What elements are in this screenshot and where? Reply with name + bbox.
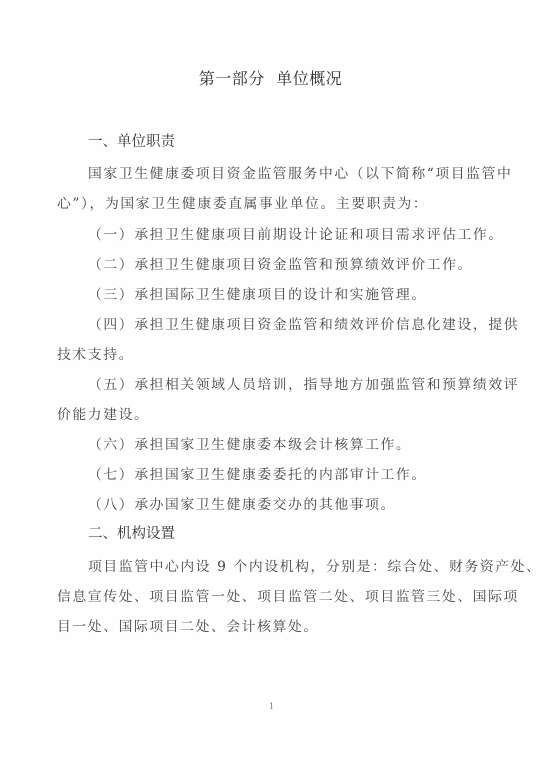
duty-item-5-cont: 价能力建设。: [57, 403, 149, 423]
page-number: 1: [269, 702, 274, 711]
duty-item-5: （五）承担相关领域人员培训，指导地方加强监管和预算绩效评: [88, 373, 519, 393]
section-heading-organization: 二、机构设置: [88, 522, 175, 543]
organization-line: 目一处、国际项目二处、会计核算处。: [57, 615, 319, 635]
duty-item-4: （四）承担卫生健康项目资金监管和绩效评价信息化建设，提供: [88, 313, 519, 333]
document-page: 第一部分 单位概况 一、单位职责 国家卫生健康委项目资金监管服务中心（以下简称“…: [0, 0, 541, 759]
duty-item-7: （七）承担国家卫生健康委委托的内部审计工作。: [88, 463, 427, 483]
organization-line: 信息宣传处、项目监管一处、项目监管二处、项目监管三处、国际项: [57, 585, 519, 605]
duty-item-2: （二）承担卫生健康项目资金监管和预算绩效评价工作。: [88, 253, 473, 273]
organization-line: 项目监管中心内设 9 个内设机构，分别是：综合处、财务资产处、: [88, 555, 541, 575]
duty-item-8: （八）承办国家卫生健康委交办的其他事项。: [88, 493, 396, 513]
intro-line: 国家卫生健康委项目资金监管服务中心（以下简称“项目监管中: [88, 162, 512, 182]
duty-item-4-cont: 技术支持。: [57, 343, 134, 363]
section-heading-duties: 一、单位职责: [88, 130, 175, 151]
intro-line: 心”），为国家卫生健康委直属事业单位。主要职责为：: [57, 192, 428, 212]
duty-item-6: （六）承担国家卫生健康委本级会计核算工作。: [88, 433, 411, 453]
page-title: 第一部分 单位概况: [0, 66, 541, 89]
duty-item-3: （三）承担国际卫生健康项目的设计和实施管理。: [88, 283, 427, 303]
duty-item-1: （一）承担卫生健康项目前期设计论证和项目需求评估工作。: [88, 223, 504, 243]
